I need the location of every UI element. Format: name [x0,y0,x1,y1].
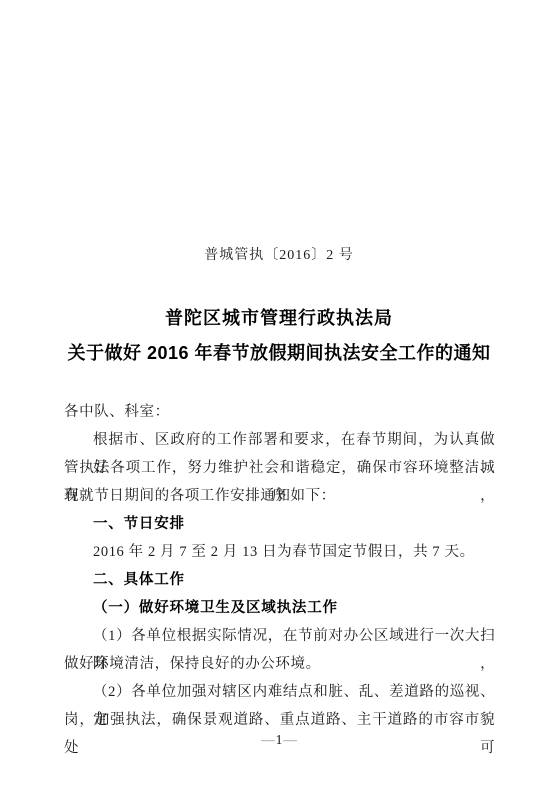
page-footer: —1— [0,731,558,749]
body-line-holiday-dates: 2016 年 2 月 7 至 2 月 13 日为春节国定节假日，共 7 天。 [64,538,495,566]
body-line: 管执法各项工作，努力维护社会和谐稳定，确保市容环境整洁、有序， [64,454,495,482]
title-issuer-line: 普陀区城市管理行政执法局 [0,306,558,330]
body-heading-section-2: 二、具体工作 [64,566,495,594]
body-line: （2）各单位加强对辖区内难结点和脏、乱、差道路的巡视、定 [64,678,495,706]
footer-dash-left: — [261,732,275,747]
body-line: 根据市、区政府的工作部署和要求，在春节期间，为认真做好城 [64,426,495,454]
page-number: 1 [276,732,283,747]
body-line: （1）各单位根据实际情况，在节前对办公区域进行一次大扫除， [64,622,495,650]
body-heading-subsection-1: （一）做好环境卫生及区域执法工作 [64,594,495,622]
body-line-salutation: 各中队、科室： [64,398,495,426]
document-page: 普城管执〔2016〕2 号 普陀区城市管理行政执法局 关于做好 2016 年春节… [0,0,558,792]
document-number: 普城管执〔2016〕2 号 [0,247,558,265]
footer-dash-right: — [283,732,297,747]
document-body: 各中队、科室： 根据市、区政府的工作部署和要求，在春节期间，为认真做好城 管执法… [64,398,495,734]
title-subject-line: 关于做好 2016 年春节放假期间执法安全工作的通知 [0,341,558,365]
document-title: 普陀区城市管理行政执法局 关于做好 2016 年春节放假期间执法安全工作的通知 [0,306,558,365]
body-line: 岗，加强执法，确保景观道路、重点道路、主干道路的市容市貌处可 [64,706,495,734]
body-heading-section-1: 一、节日安排 [64,510,495,538]
